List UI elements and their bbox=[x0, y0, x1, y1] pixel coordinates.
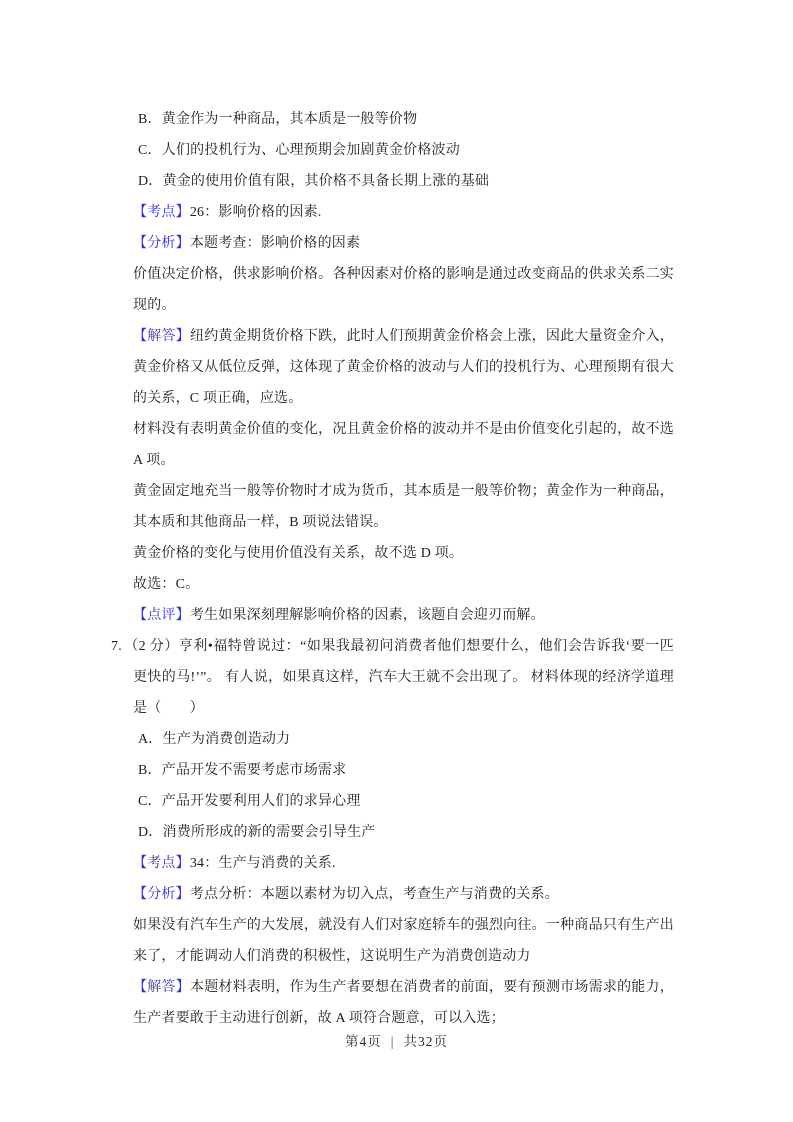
choice-option: C．人们的投机行为、心理预期会加剧黄金价格波动 bbox=[133, 135, 674, 166]
tagged-paragraph: 【分析】考点分析：本题以素材为切入点，考查生产与消费的关系。 bbox=[133, 879, 674, 910]
section-tag: 【分析】 bbox=[133, 236, 190, 251]
document-body: B．黄金作为一种商品，其本质是一般等价物C．人们的投机行为、心理预期会加剧黄金价… bbox=[133, 104, 674, 1034]
tagged-paragraph: 【考点】34：生产与消费的关系. bbox=[133, 848, 674, 879]
tagged-paragraph: 【解答】本题材料表明，作为生产者要想在消费者的前面，要有预测市场需求的能力，生产… bbox=[133, 972, 674, 1034]
document-page: B．黄金作为一种商品，其本质是一般等价物C．人们的投机行为、心理预期会加剧黄金价… bbox=[0, 0, 793, 1122]
section-tag: 【解答】 bbox=[133, 980, 190, 995]
section-tag: 【点评】 bbox=[133, 608, 190, 623]
tagged-paragraph: 【解答】纽约黄金期货价格下跌，此时人们预期黄金价格会上涨，因此大量资金介入，黄金… bbox=[133, 321, 674, 414]
footer-separator: | bbox=[391, 1034, 395, 1049]
section-tag: 【考点】 bbox=[133, 205, 190, 220]
section-tag: 【解答】 bbox=[133, 329, 190, 344]
explanation-paragraph: 黄金固定地充当一般等价物时才成为货币，其本质是一般等价物；黄金作为一种商品，其本… bbox=[133, 476, 674, 538]
explanation-paragraph: 价值决定价格，供求影响价格。各种因素对价格的影响是通过改变商品的供求关系二实现的… bbox=[133, 259, 674, 321]
question-number: 7. bbox=[111, 639, 124, 654]
explanation-paragraph: 故选：C。 bbox=[133, 569, 674, 600]
section-tag: 【分析】 bbox=[133, 887, 190, 902]
choice-option: C．产品开发要利用人们的求异心理 bbox=[133, 786, 674, 817]
tagged-paragraph: 【分析】本题考查：影响价格的因素 bbox=[133, 228, 674, 259]
choice-option: B．产品开发不需要考虑市场需求 bbox=[133, 755, 674, 786]
choice-option: B．黄金作为一种商品，其本质是一般等价物 bbox=[133, 104, 674, 135]
choice-option: A．生产为消费创造动力 bbox=[133, 724, 674, 755]
page-footer: 第4页|共32页 bbox=[0, 1033, 793, 1051]
explanation-paragraph: 如果没有汽车生产的大发展，就没有人们对家庭轿车的强烈向往。一种商品只有生产出来了… bbox=[133, 910, 674, 972]
page-number-total: 共32页 bbox=[403, 1034, 448, 1049]
section-tag: 【考点】 bbox=[133, 856, 190, 871]
page-number-current: 第4页 bbox=[345, 1034, 382, 1049]
choice-option: D．消费所形成的新的需要会引导生产 bbox=[133, 817, 674, 848]
choice-option: D．黄金的使用价值有限，其价格不具备长期上涨的基础 bbox=[133, 166, 674, 197]
tagged-paragraph: 【考点】26：影响价格的因素. bbox=[133, 197, 674, 228]
question-stem: 7.（2 分）亨利•福特曾说过：“如果我最初问消费者他们想要什么，他们会告诉我‘… bbox=[133, 631, 674, 724]
explanation-paragraph: 材料没有表明黄金价值的变化，况且黄金价格的波动并不是由价值变化引起的，故不选 A… bbox=[133, 414, 674, 476]
explanation-paragraph: 黄金价格的变化与使用价值没有关系，故不选 D 项。 bbox=[133, 538, 674, 569]
tagged-paragraph: 【点评】考生如果深刻理解影响价格的因素，该题自会迎刃而解。 bbox=[133, 600, 674, 631]
